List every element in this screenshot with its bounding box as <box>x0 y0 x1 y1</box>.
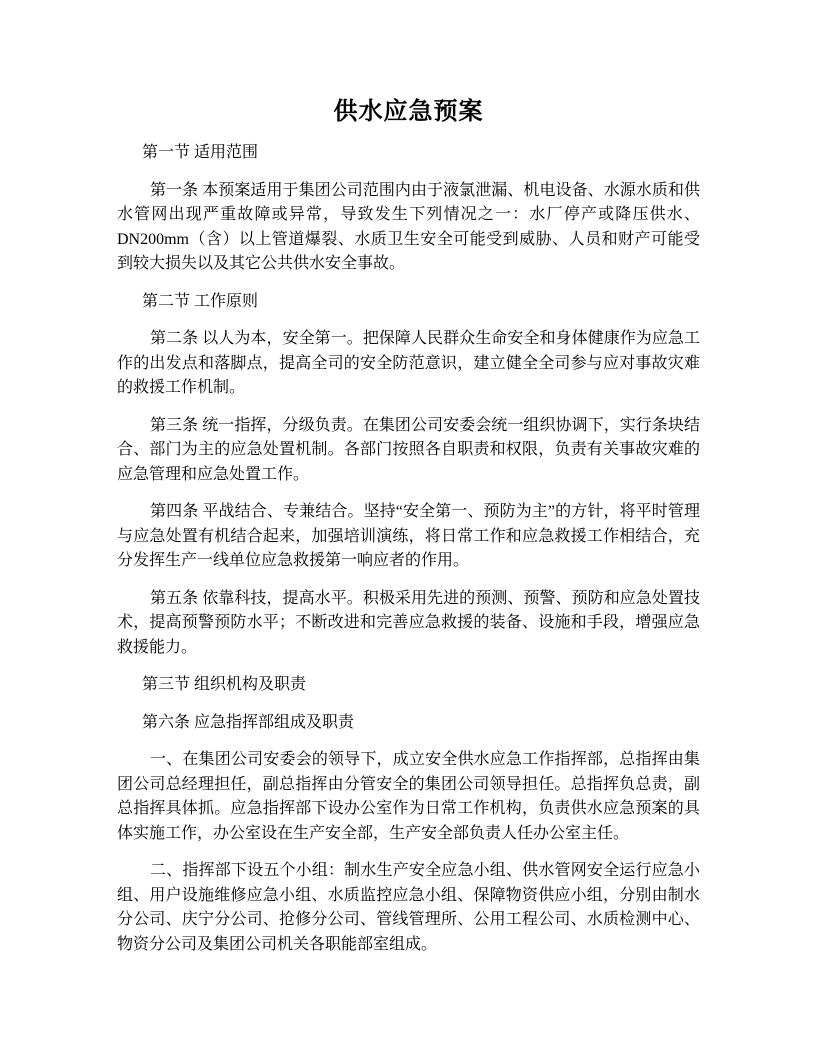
paragraph-item-2: 二、指挥部下设五个小组：制水生产安全应急小组、供水管网安全运行应急小组、用户设施… <box>117 859 700 957</box>
paragraph-article-4: 第四条 平战结合、专兼结合。坚持“安全第一、预防为主”的方针，将平时管理与应急处… <box>117 500 700 574</box>
document-page: 供水应急预案 第一节 适用范围 第一条 本预案适用于集团公司范围内由于液氯泄漏、… <box>0 0 816 1056</box>
paragraph-article-2: 第二条 以人为本，安全第一。把保障人民群众生命安全和身体健康作为应急工作的出发点… <box>117 327 700 401</box>
paragraph-item-1: 一、在集团公司安委会的领导下，成立安全供水应急工作指挥部，总指挥由集团公司总经理… <box>117 748 700 846</box>
section-heading-3: 第三节 组织机构及职责 <box>117 673 700 698</box>
section-heading-2: 第二节 工作原则 <box>117 290 700 315</box>
paragraph-article-5: 第五条 依靠科技，提高水平。积极采用先进的预测、预警、预防和应急处置技术，提高预… <box>117 587 700 661</box>
paragraph-article-3: 第三条 统一指挥，分级负责。在集团公司安委会统一组织协调下，实行条块结合、部门为… <box>117 414 700 488</box>
section-heading-1: 第一节 适用范围 <box>117 141 700 166</box>
article-6-heading: 第六条 应急指挥部组成及职责 <box>117 711 700 736</box>
paragraph-article-1: 第一条 本预案适用于集团公司范围内由于液氯泄漏、机电设备、水源水质和供水管网出现… <box>117 179 700 277</box>
document-title: 供水应急预案 <box>117 96 700 128</box>
